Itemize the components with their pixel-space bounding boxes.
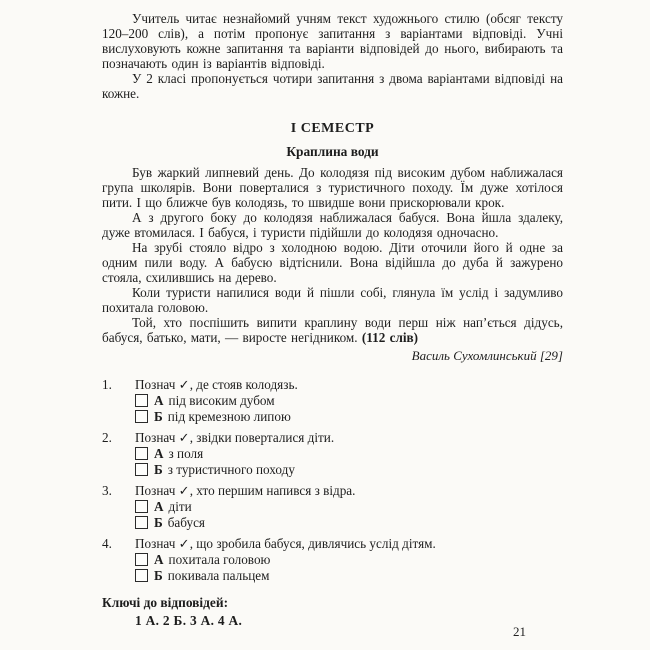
question-prompt: Познач ✓, хто першим напився з відра. [135, 483, 355, 498]
checkbox-icon[interactable] [135, 394, 148, 407]
checkbox-icon[interactable] [135, 447, 148, 460]
option-letter: А [154, 446, 164, 461]
option-text: бабуся [168, 515, 205, 530]
semester-heading: І СЕМЕСТР [102, 121, 563, 137]
page-number: 21 [513, 624, 526, 640]
question-item: 1. Познач ✓, де стояв колодязь. [102, 377, 563, 392]
checkbox-icon[interactable] [135, 410, 148, 423]
word-count-label: (112 слів) [362, 330, 418, 345]
option-text: з туристичного походу [168, 462, 295, 477]
option-text: під кремезною липою [168, 409, 291, 424]
checkbox-icon[interactable] [135, 500, 148, 513]
option-letter: А [154, 393, 164, 408]
option-letter: Б [154, 568, 163, 583]
option-text: під високим дубом [169, 393, 275, 408]
question-prompt: Познач ✓, звідки поверталися діти. [135, 430, 334, 445]
intro-paragraph: У 2 класі пропонується чотири запитання … [102, 71, 563, 101]
option-text: з поля [169, 446, 204, 461]
option-text: діти [169, 499, 192, 514]
question-item: 2. Познач ✓, звідки поверталися діти. [102, 430, 563, 445]
option-letter: Б [154, 409, 163, 424]
intro-paragraph: Учитель читає незнайомий учням текст худ… [102, 11, 563, 71]
checkbox-icon[interactable] [135, 553, 148, 566]
option-letter: А [154, 499, 164, 514]
checkbox-icon[interactable] [135, 516, 148, 529]
question-number: 1. [102, 377, 135, 392]
story-paragraph-text: Той, хто поспішить випити краплину води … [102, 315, 563, 345]
story-paragraph: На зрубі стояло відро з холодною водою. … [102, 240, 563, 285]
author-attribution: Василь Сухомлинський [29] [102, 348, 563, 363]
question-item: 4. Познач ✓, що зробила бабуся, дивлячис… [102, 536, 563, 551]
answer-keys-values: 1 А. 2 Б. 3 А. 4 А. [135, 613, 563, 628]
question-number: 2. [102, 430, 135, 445]
story-title: Краплина води [102, 144, 563, 159]
answer-option: Б з туристичного походу [135, 462, 563, 477]
question-number: 3. [102, 483, 135, 498]
question-item: 3. Познач ✓, хто першим напився з відра. [102, 483, 563, 498]
questions-list: 1. Познач ✓, де стояв колодязь. А під ви… [102, 377, 563, 583]
answer-option: Б покивала пальцем [135, 568, 563, 583]
option-letter: Б [154, 462, 163, 477]
page-content: Учитель читає незнайомий учням текст худ… [102, 11, 563, 628]
checkbox-icon[interactable] [135, 569, 148, 582]
question-prompt: Познач ✓, що зробила бабуся, дивлячись у… [135, 536, 436, 551]
scanned-textbook-page: Учитель читає незнайомий учням текст худ… [0, 0, 650, 650]
answer-keys-label: Ключі до відповідей: [102, 595, 563, 610]
answer-option: Б під кремезною липою [135, 409, 563, 424]
answer-option: А з поля [135, 446, 563, 461]
story-paragraph: Був жаркий липневий день. До колодязя пі… [102, 165, 563, 210]
question-prompt: Познач ✓, де стояв колодязь. [135, 377, 298, 392]
answer-option: Б бабуся [135, 515, 563, 530]
option-text: покивала пальцем [168, 568, 270, 583]
option-letter: Б [154, 515, 163, 530]
story-paragraph: Коли туристи напилися води й пішли собі,… [102, 285, 563, 315]
question-number: 4. [102, 536, 135, 551]
answer-option: А діти [135, 499, 563, 514]
option-text: похитала головою [169, 552, 271, 567]
story-paragraph: Той, хто поспішить випити краплину води … [102, 315, 563, 345]
story-paragraph: А з другого боку до колодязя наближалася… [102, 210, 563, 240]
answer-option: А під високим дубом [135, 393, 563, 408]
option-letter: А [154, 552, 164, 567]
checkbox-icon[interactable] [135, 463, 148, 476]
answer-option: А похитала головою [135, 552, 563, 567]
